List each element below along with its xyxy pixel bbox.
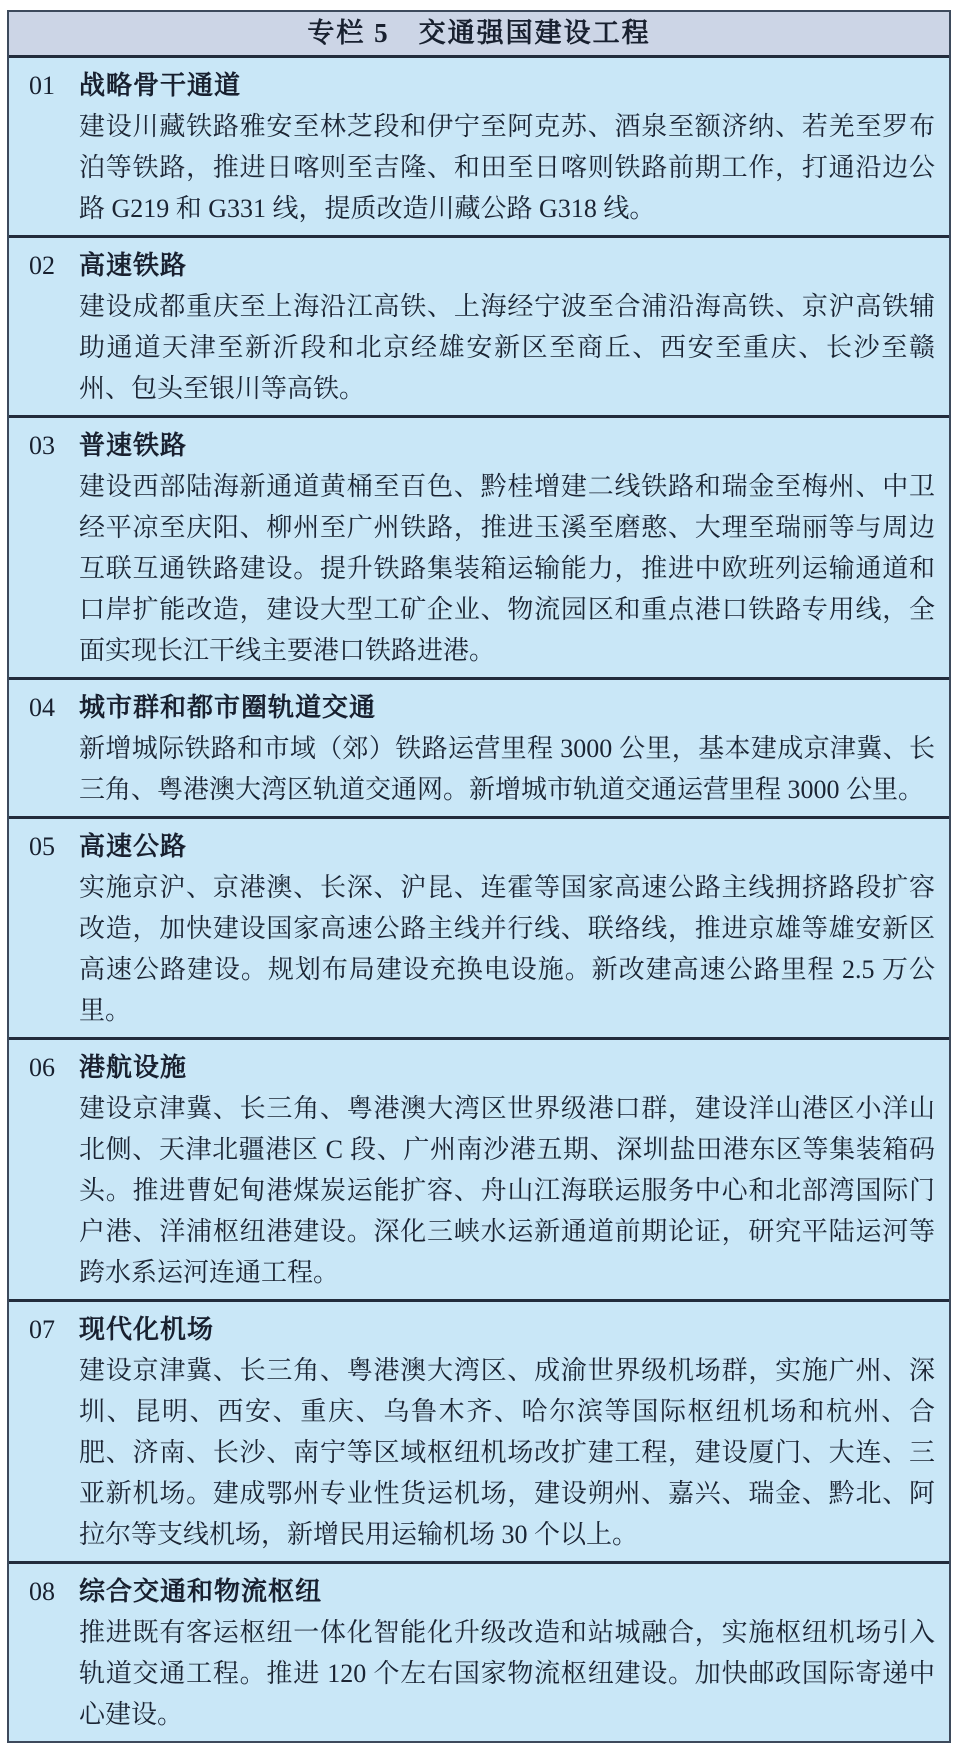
section-body: 建设川藏铁路雅安至林芝段和伊宁至阿克苏、酒泉至额济纳、若羌至罗布泊等铁路，推进日… bbox=[79, 106, 935, 229]
section-number: 04 bbox=[29, 687, 79, 728]
section-number: 05 bbox=[29, 826, 79, 867]
section-title: 港航设施 bbox=[79, 1053, 187, 1082]
section-heading: 04城市群和都市圈轨道交通 bbox=[29, 687, 935, 728]
section-title: 普速铁路 bbox=[79, 431, 187, 460]
section-body: 建设西部陆海新通道黄桶至百色、黔桂增建二线铁路和瑞金至梅州、中卫经平凉至庆阳、柳… bbox=[79, 466, 935, 671]
section-heading: 01战略骨干通道 bbox=[29, 65, 935, 106]
section-body: 推进既有客运枢纽一体化智能化升级改造和站城融合，实施枢纽机场引入轨道交通工程。推… bbox=[79, 1612, 935, 1735]
section-body: 建设成都重庆至上海沿江高铁、上海经宁波至合浦沿海高铁、京沪高铁辅助通道天津至新沂… bbox=[79, 286, 935, 409]
section-01: 01战略骨干通道 建设川藏铁路雅安至林芝段和伊宁至阿克苏、酒泉至额济纳、若羌至罗… bbox=[9, 58, 949, 235]
section-body: 建设京津冀、长三角、粤港澳大湾区、成渝世界级机场群，实施广州、深圳、昆明、西安、… bbox=[79, 1350, 935, 1555]
section-number: 08 bbox=[29, 1571, 79, 1612]
section-03: 03普速铁路 建设西部陆海新通道黄桶至百色、黔桂增建二线铁路和瑞金至梅州、中卫经… bbox=[9, 415, 949, 677]
section-heading: 05高速公路 bbox=[29, 826, 935, 867]
section-title: 现代化机场 bbox=[79, 1315, 214, 1344]
section-title: 综合交通和物流枢纽 bbox=[79, 1577, 322, 1606]
section-number: 02 bbox=[29, 245, 79, 286]
section-heading: 03普速铁路 bbox=[29, 425, 935, 466]
section-title: 高速铁路 bbox=[79, 251, 187, 280]
section-heading: 02高速铁路 bbox=[29, 245, 935, 286]
section-02: 02高速铁路 建设成都重庆至上海沿江高铁、上海经宁波至合浦沿海高铁、京沪高铁辅助… bbox=[9, 235, 949, 415]
section-heading: 08综合交通和物流枢纽 bbox=[29, 1571, 935, 1612]
section-title: 战略骨干通道 bbox=[79, 71, 241, 100]
section-06: 06港航设施 建设京津冀、长三角、粤港澳大湾区世界级港口群，建设洋山港区小洋山北… bbox=[9, 1037, 949, 1299]
section-body: 实施京沪、京港澳、长深、沪昆、连霍等国家高速公路主线拥挤路段扩容改造，加快建设国… bbox=[79, 867, 935, 1031]
infobox-panel: 专栏 5 交通强国建设工程 01战略骨干通道 建设川藏铁路雅安至林芝段和伊宁至阿… bbox=[7, 10, 951, 1743]
section-heading: 07现代化机场 bbox=[29, 1309, 935, 1350]
panel-title: 专栏 5 交通强国建设工程 bbox=[9, 12, 949, 58]
section-number: 01 bbox=[29, 65, 79, 106]
section-heading: 06港航设施 bbox=[29, 1047, 935, 1088]
section-title: 高速公路 bbox=[79, 832, 187, 861]
section-number: 03 bbox=[29, 425, 79, 466]
section-08: 08综合交通和物流枢纽 推进既有客运枢纽一体化智能化升级改造和站城融合，实施枢纽… bbox=[9, 1561, 949, 1741]
section-07: 07现代化机场 建设京津冀、长三角、粤港澳大湾区、成渝世界级机场群，实施广州、深… bbox=[9, 1299, 949, 1561]
section-05: 05高速公路 实施京沪、京港澳、长深、沪昆、连霍等国家高速公路主线拥挤路段扩容改… bbox=[9, 816, 949, 1037]
section-04: 04城市群和都市圈轨道交通 新增城际铁路和市域（郊）铁路运营里程 3000 公里… bbox=[9, 677, 949, 816]
section-number: 06 bbox=[29, 1047, 79, 1088]
section-body: 新增城际铁路和市域（郊）铁路运营里程 3000 公里，基本建成京津冀、长三角、粤… bbox=[79, 728, 935, 810]
section-number: 07 bbox=[29, 1309, 79, 1350]
section-body: 建设京津冀、长三角、粤港澳大湾区世界级港口群，建设洋山港区小洋山北侧、天津北疆港… bbox=[79, 1088, 935, 1293]
section-title: 城市群和都市圈轨道交通 bbox=[79, 693, 376, 722]
